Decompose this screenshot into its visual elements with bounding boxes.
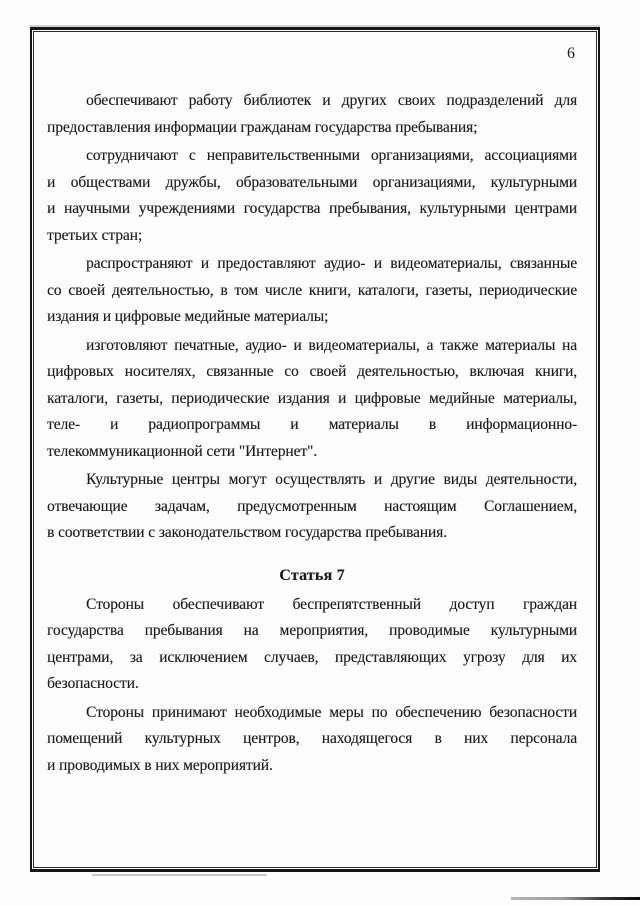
text-line: издания и цифровые медийные материалы;: [47, 304, 577, 331]
document-body: обеспечивают работу библиотек и других с…: [47, 88, 577, 781]
text-line: и обществами дружбы, образовательными ор…: [47, 170, 577, 197]
paragraph: Стороны обеспечивают беспрепятственный д…: [47, 592, 577, 698]
text-line: государства пребывания на мероприятия, п…: [47, 618, 577, 645]
text-line: Стороны обеспечивают беспрепятственный д…: [47, 592, 577, 619]
text-line: в соответствии с законодательством госуд…: [47, 520, 577, 547]
text-line: отвечающие задачам, предусмотренным наст…: [47, 494, 577, 521]
paragraph: распространяют и предоставляют аудио- и …: [47, 251, 577, 331]
scan-edge-line: [511, 897, 640, 900]
text-line: Культурные центры могут осуществлять и д…: [47, 467, 577, 494]
text-line: Стороны принимают необходимые меры по об…: [47, 700, 577, 727]
paragraph: обеспечивают работу библиотек и других с…: [47, 88, 577, 141]
text-line: обеспечивают работу библиотек и других с…: [47, 88, 577, 115]
scan-smudge: [92, 874, 267, 876]
paragraph: Стороны принимают необходимые меры по об…: [47, 700, 577, 780]
text-line: центрами, за исключением случаев, предст…: [47, 645, 577, 672]
text-line: со своей деятельностью, в том числе книг…: [47, 278, 577, 305]
text-line: цифровых носителях, связанные со своей д…: [47, 359, 577, 386]
text-line: изготовляют печатные, аудио- и видеомате…: [47, 333, 577, 360]
text-line: каталоги, газеты, периодические издания …: [47, 386, 577, 413]
text-line: помещений культурных центров, находящего…: [47, 726, 577, 753]
text-line: телекоммуникационной сети "Интернет".: [47, 439, 577, 466]
text-line: предоставления информации гражданам госу…: [47, 115, 577, 142]
paragraph: сотрудничают с неправительственными орга…: [47, 143, 577, 249]
paragraph: изготовляют печатные, аудио- и видеомате…: [47, 333, 577, 466]
text-line: теле- и радиопрограммы и материалы в инф…: [47, 412, 577, 439]
scanned-document-page: 6 обеспечивают работу библиотек и других…: [0, 0, 640, 905]
article-heading: Статья 7: [47, 563, 577, 590]
text-line: сотрудничают с неправительственными орга…: [47, 143, 577, 170]
text-line: третьих стран;: [47, 223, 577, 250]
text-line: безопасности.: [47, 671, 577, 698]
text-line: и научными учреждениями государства преб…: [47, 196, 577, 223]
text-line: и проводимых в них мероприятий.: [47, 753, 577, 780]
paragraph: Культурные центры могут осуществлять и д…: [47, 467, 577, 547]
page-number: 6: [500, 45, 575, 63]
text-line: распространяют и предоставляют аудио- и …: [47, 251, 577, 278]
